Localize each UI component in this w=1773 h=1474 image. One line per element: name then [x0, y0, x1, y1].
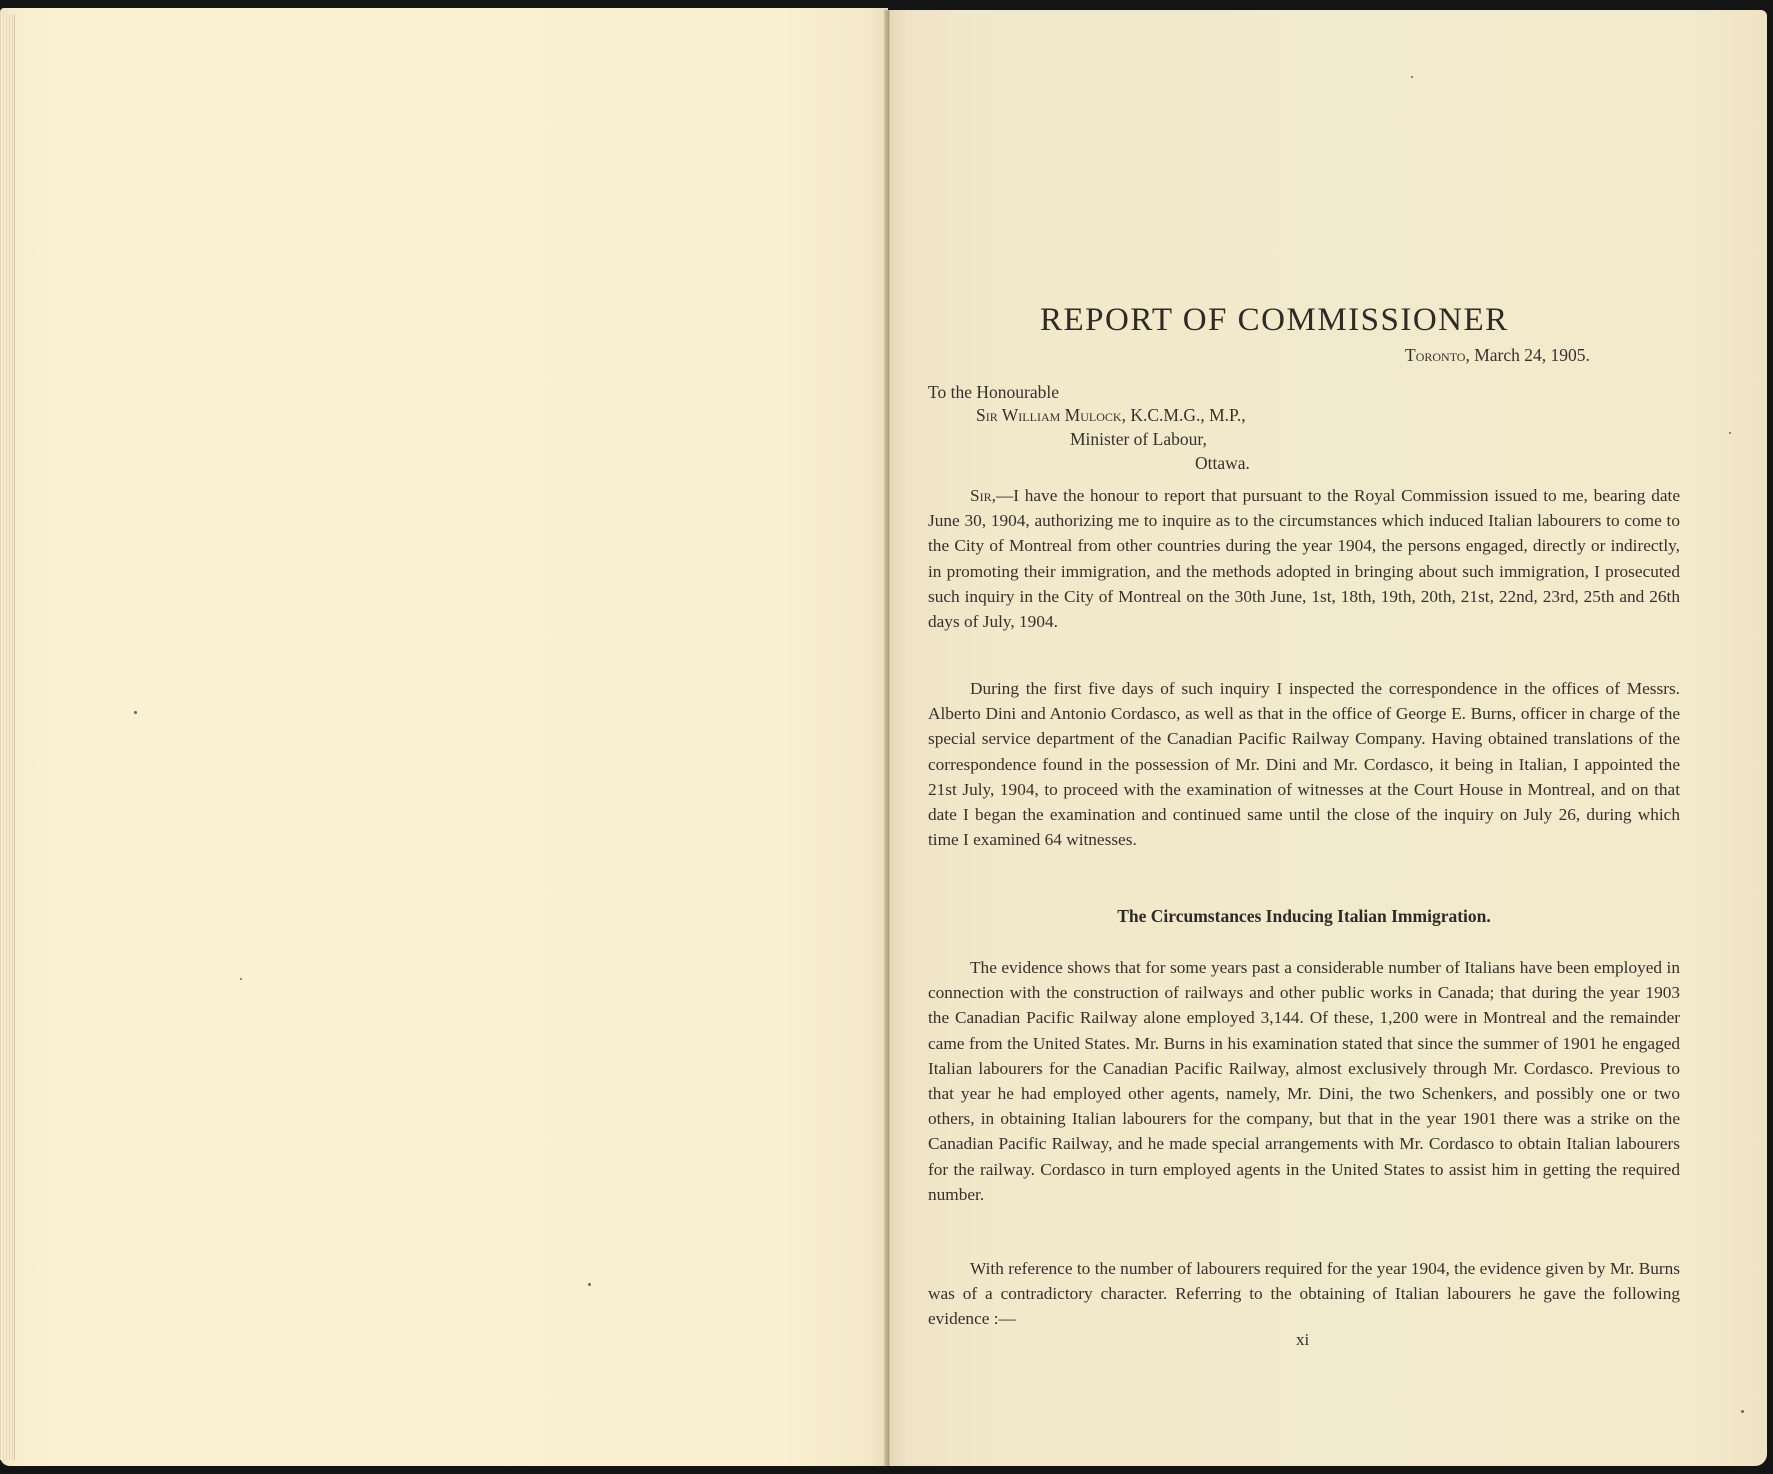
addressee-honours: , K.C.M.G., M.P.,: [1122, 405, 1246, 425]
dateline-date: , March 24, 1905.: [1465, 345, 1589, 365]
address-line-2: Sir William Mulock, K.C.M.G., M.P.,: [976, 405, 1246, 426]
address-line-1: To the Honourable: [928, 382, 1059, 403]
page-edge-strips: [0, 14, 15, 1460]
paragraph-inquiry: During the first five days of such inqui…: [928, 676, 1680, 852]
section-heading: The Circumstances Inducing Italian Immig…: [928, 906, 1680, 927]
paragraph-labourers-1904: With reference to the number of labourer…: [928, 1256, 1680, 1332]
paper-speck: [240, 978, 242, 980]
paper-speck: [134, 711, 137, 714]
paper-speck: [1411, 76, 1413, 78]
paper-speck: [1741, 1410, 1744, 1413]
paper-speck: [588, 1283, 591, 1286]
gutter: [884, 10, 890, 1466]
addressee-name: Sir William Mulock: [976, 405, 1122, 425]
report-title: REPORT OF COMMISSIONER: [1040, 302, 1509, 339]
book-spread: REPORT OF COMMISSIONER Toronto, March 24…: [0, 0, 1773, 1474]
paper-speck: [1729, 432, 1731, 434]
address-line-3: Minister of Labour,: [1070, 429, 1207, 450]
paragraph-opening-text: ,—I have the honour to report that pursu…: [928, 486, 1680, 631]
salutation: Sir: [970, 486, 992, 505]
address-line-4: Ottawa.: [1195, 453, 1250, 474]
left-page-blank: [0, 8, 888, 1466]
paragraph-evidence: The evidence shows that for some years p…: [928, 955, 1680, 1207]
paragraph-opening: Sir,—I have the honour to report that pu…: [928, 483, 1680, 634]
dateline-place: Toronto: [1405, 345, 1465, 365]
page-number: xi: [1296, 1330, 1309, 1350]
dateline: Toronto, March 24, 1905.: [1405, 345, 1590, 366]
